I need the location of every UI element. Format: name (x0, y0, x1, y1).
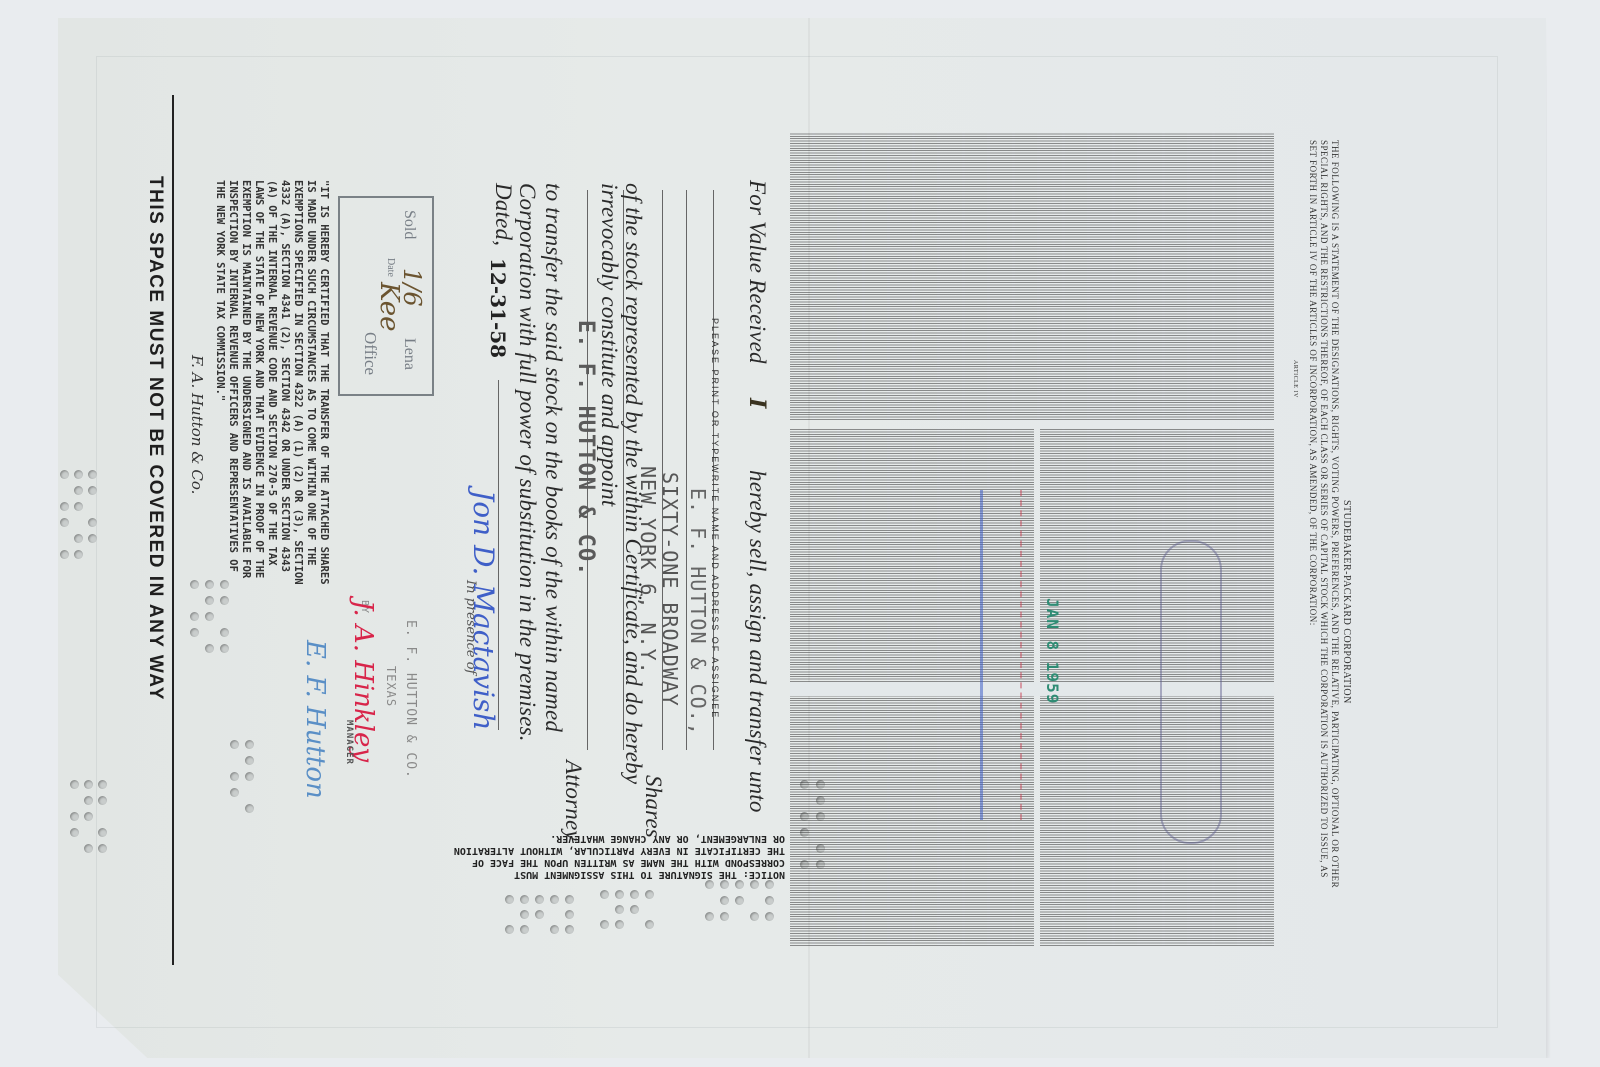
perforation-hole (60, 518, 69, 527)
perforation-hole (705, 880, 714, 889)
perforation-hole (205, 644, 214, 653)
perforation-hole (88, 470, 97, 479)
perforation-hole (615, 890, 624, 899)
witness-label: In presence of (463, 580, 478, 674)
perforation-hole (520, 910, 529, 919)
perforation-hole (98, 844, 107, 853)
stock-represented-text: of the stock represented by the within C… (620, 183, 646, 784)
perforation-hole (645, 920, 654, 929)
perforation-hole (74, 486, 83, 495)
perforation-hole (190, 580, 199, 589)
perforation-hole (70, 828, 79, 837)
perforation-hole (220, 580, 229, 589)
perforation-hole (88, 518, 97, 527)
assignee-name[interactable]: E. F. HUTTON & CO., (686, 488, 710, 736)
circular-stamp (1160, 540, 1222, 844)
perforation-hole (230, 788, 239, 797)
statement-heading: THE FOLLOWING IS A STATEMENT OF THE DESI… (1307, 140, 1340, 890)
perforation-hole (245, 756, 254, 765)
perforation-hole (205, 580, 214, 589)
perforation-hole (735, 880, 744, 889)
perforation-hole (98, 796, 107, 805)
perforation-hole (765, 896, 774, 905)
perforation-hole (520, 925, 529, 934)
perforation-hole (205, 596, 214, 605)
perforation-hole (205, 612, 214, 621)
attorney-label: Attorney (560, 760, 586, 841)
perforation-hole (765, 880, 774, 889)
stamp-office-label: Office (360, 332, 380, 375)
stamp-initials: Kee (374, 282, 404, 332)
perforation-hole (74, 502, 83, 511)
perforation-hole (750, 912, 759, 921)
stamp-sold-label: Sold (400, 210, 418, 239)
perforation-hole (98, 828, 107, 837)
perforation-hole (74, 534, 83, 543)
perforation-hole (705, 912, 714, 921)
perforation-hole (74, 470, 83, 479)
perforation-hole (720, 880, 729, 889)
shares-label: Shares (640, 775, 666, 838)
perforation-hole (84, 780, 93, 789)
transfer-agent-signature-red (1020, 490, 1026, 820)
perforation-hole (630, 905, 639, 914)
stamp-date-label: Date (385, 258, 396, 277)
articles-text-upper (790, 132, 1274, 420)
notice-line-4: OR ENLARGEMENT, OR ANY CHANGE WHATEVER. (454, 832, 785, 844)
assignee-street[interactable]: SIXTY-ONE BROADWAY (658, 472, 682, 707)
for-value-received: For Value Received (744, 180, 770, 364)
perforation-hole (645, 890, 654, 899)
perforation-hole (720, 912, 729, 921)
notice-line-1: NOTICE: THE SIGNATURE TO THIS ASSIGNMENT… (454, 868, 785, 880)
perforation-hole (245, 740, 254, 749)
notice-line-3: THE CERTIFICATE IN EVERY PARTICULAR, WIT… (454, 844, 785, 856)
manager-stamp: MANAGER (344, 720, 354, 765)
transfer-stamp: Sold 1/6 Date Lena Kee Office (338, 196, 434, 396)
transfer-text: to transfer the said stock on the books … (540, 183, 566, 732)
perforation-hole (230, 740, 239, 749)
perforation-hole (84, 796, 93, 805)
perforation-hole (565, 895, 574, 904)
perforation-hole (600, 920, 609, 929)
perforation-hole (84, 844, 93, 853)
notice-text: NOTICE: THE SIGNATURE TO THIS ASSIGNMENT… (454, 832, 785, 880)
perforation-hole (190, 612, 199, 621)
assignor: I (744, 398, 770, 408)
date-stamp: JAN 8 1959 (1043, 598, 1062, 704)
perforation-hole (720, 896, 729, 905)
perforation-hole (535, 910, 544, 919)
stamp-trailing: Lena (400, 338, 418, 370)
perforation-hole (88, 534, 97, 543)
perforation-hole (88, 486, 97, 495)
irrevocably-text: irrevocably constitute and appoint (596, 183, 622, 506)
tax-certification-signature: F. A. Hutton & Co. (188, 355, 206, 494)
dated-value[interactable]: 12-31-58 (486, 258, 510, 358)
perforation-hole (630, 890, 639, 899)
transfer-agent-signature-blue (980, 490, 1013, 820)
perforation-hole (220, 596, 229, 605)
perforation-hole (60, 470, 69, 479)
perforation-hole (615, 920, 624, 929)
company-name: STUDEBAKER-PACKARD CORPORATION (1341, 500, 1352, 704)
margin-warning: THIS SPACE MUST NOT BE COVERED IN ANY WA… (144, 176, 166, 701)
perforation-hole (550, 895, 559, 904)
perforation-hole (615, 905, 624, 914)
hereby-sell-text: hereby sell, assign and transfer unto (744, 470, 770, 813)
perforation-hole (70, 812, 79, 821)
perforation-hole (190, 628, 199, 637)
guarantee-place: TEXAS (384, 666, 398, 707)
substitution-text: Corporation with full power of substitut… (514, 183, 540, 742)
article-label: ARTICLE IV (1289, 360, 1300, 398)
assignee-label: PLEASE PRINT OR TYPEWRITE NAME AND ADDRE… (710, 318, 720, 719)
perforation-hole (565, 925, 574, 934)
attorney-name[interactable]: E. F. HUTTON & CO. (573, 320, 598, 576)
perforation-hole (60, 502, 69, 511)
perforation-hole (84, 812, 93, 821)
perforation-hole (220, 644, 229, 653)
margin-rule (172, 95, 174, 965)
guarantee-firm: E. F. HUTTON & CO. (403, 620, 418, 779)
perforation-hole (60, 550, 69, 559)
perforation-hole (600, 890, 609, 899)
perforation-hole (505, 925, 514, 934)
perforation-hole (245, 804, 254, 813)
perforation-hole (70, 780, 79, 789)
dated-label: Dated, (490, 183, 516, 246)
perforation-hole (765, 912, 774, 921)
perforation-hole (535, 895, 544, 904)
perforation-hole (735, 896, 744, 905)
guarantor-signature-blue[interactable]: E. F. Hutton (300, 640, 330, 799)
perforation-hole (520, 895, 529, 904)
perforation-hole (98, 780, 107, 789)
perforation-hole (74, 550, 83, 559)
notice-line-2: CORRESPOND WITH THE NAME AS WRITTEN UPON… (454, 856, 785, 868)
perforation-hole (245, 772, 254, 781)
perforation-hole (750, 880, 759, 889)
perforation-hole (550, 925, 559, 934)
tax-certification-text: "IT IS HEREBY CERTIFIED THAT THE TRANSFE… (213, 180, 330, 590)
perforation-hole (230, 772, 239, 781)
perforation-hole (505, 895, 514, 904)
perforation-hole (220, 628, 229, 637)
perforation-hole (565, 910, 574, 919)
